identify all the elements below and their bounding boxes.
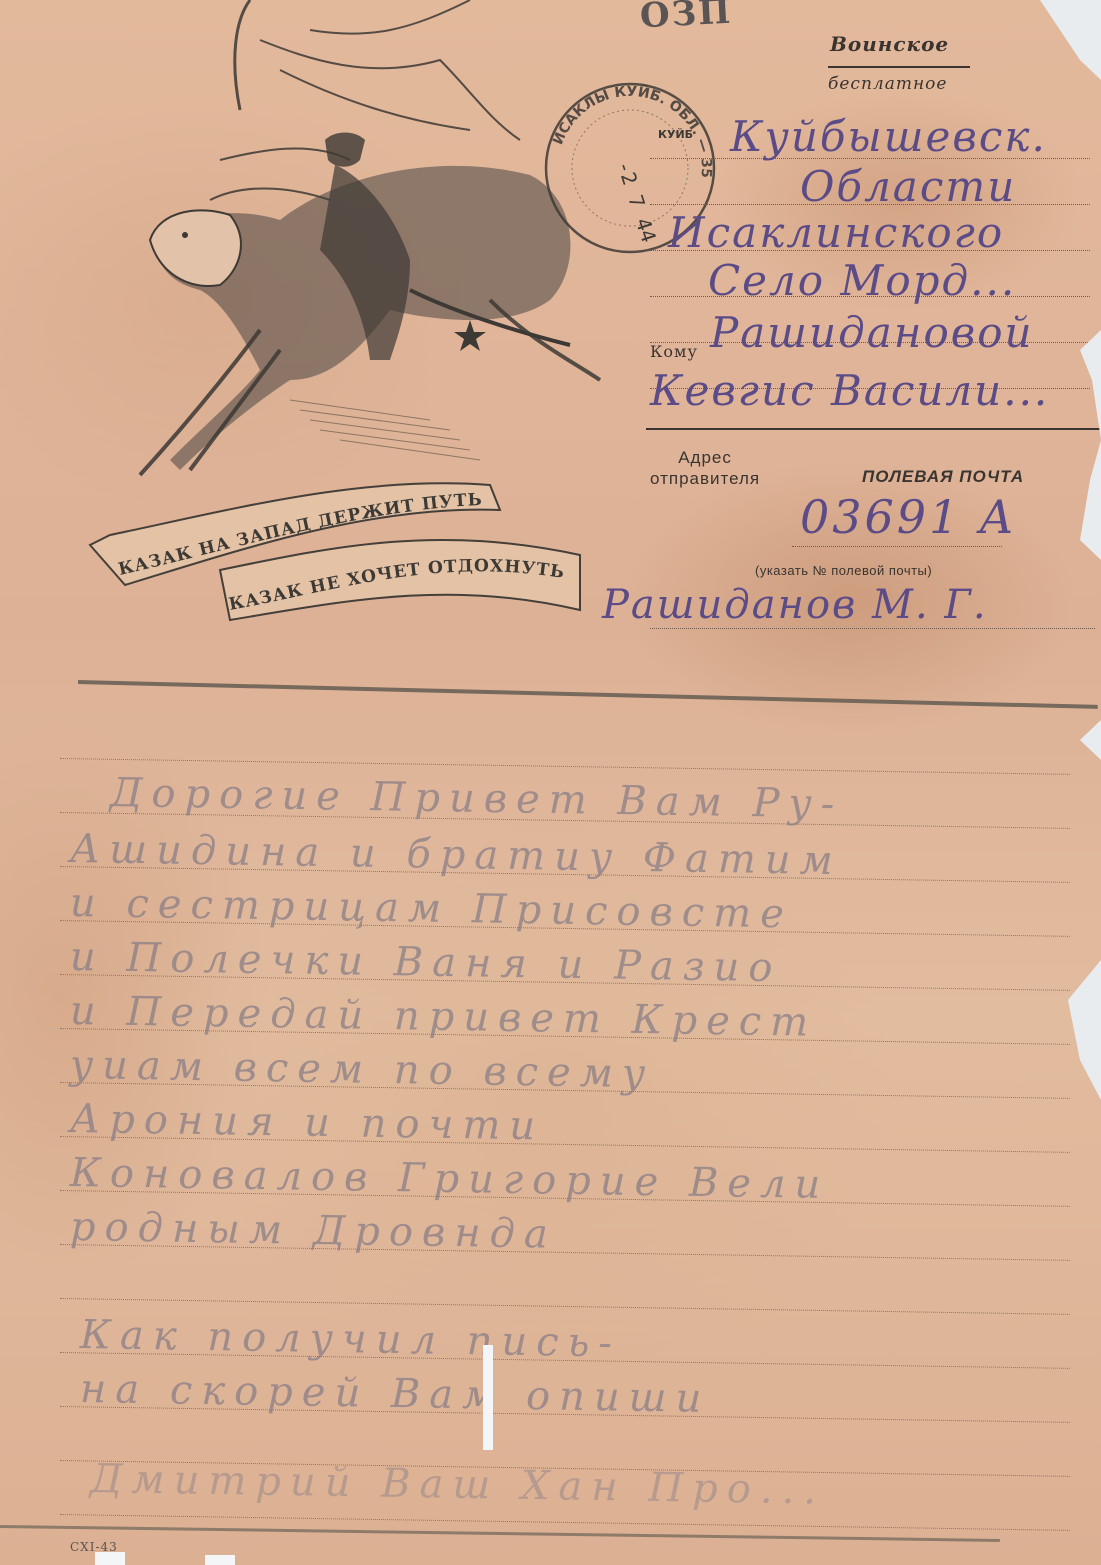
field-post-hint: (указать № полевой почты) [755, 563, 932, 578]
letter-line: родным Дровнда [70, 1204, 558, 1258]
slogan-banners: КАЗАК НА ЗАПАД ДЕРЖИТ ПУТЬ КАЗАК НЕ ХОЧЕ… [80, 480, 600, 630]
svg-text:КУЙБ: КУЙБ [658, 128, 693, 141]
letter-line: и Передай привет Крест [70, 988, 818, 1046]
letter-line: Арония и почти [70, 1096, 545, 1149]
recipient-line: Село Морд... [708, 256, 1016, 305]
field-post-label: ПОЛЕВАЯ ПОЧТА [862, 467, 1024, 487]
letter-line: Коновалов Григорие Вели [70, 1150, 830, 1208]
address-divider [646, 428, 1101, 430]
letter-line: Дмитрий Ваш Хан Про... [90, 1456, 826, 1514]
franking-label-free: бесплатное [828, 74, 947, 94]
letter-sheet: ОЗП Воинское бесплатное [0, 0, 1101, 1565]
recipient-line: Куйбышевск. [730, 112, 1047, 161]
sender-name-line [650, 628, 1095, 629]
paper-tear [205, 1555, 235, 1565]
paper-tear [95, 1552, 125, 1565]
bottom-fold-line [0, 1525, 1000, 1542]
recipient-line: Исаклинского [668, 208, 1004, 257]
letter-line: и Полечки Ваня и Разио [70, 934, 782, 991]
letter-line: Ашидина и братиу Фатим [70, 826, 842, 884]
field-post-number: 03691 А [800, 490, 1017, 544]
letter-line: уиам всем по всему [70, 1042, 655, 1097]
field-post-line [792, 546, 1002, 547]
recipient-label: Кому [650, 342, 698, 361]
svg-text:-2 7 44: -2 7 44 [612, 158, 661, 246]
franking-label-military: Воинское [830, 32, 949, 56]
paper-tear [483, 1345, 493, 1450]
cossack-rider-illustration [110, 0, 610, 520]
letter-line: на скорей Вам опиши [80, 1366, 711, 1422]
letter-line: Как получил пись- [80, 1312, 622, 1366]
letter-line: и сестрицам Присовсте [70, 880, 794, 937]
sender-address-label: Адрес отправителя [650, 447, 760, 489]
sender-name: Рашиданов М. Г. [602, 582, 988, 628]
letter-line: Дорогие Привет Вам Ру- [110, 770, 844, 828]
recipient-line: Кевгис Васили... [650, 366, 1049, 415]
recipient-line: Области [800, 162, 1016, 211]
top-print-mark: ОЗП [639, 0, 733, 36]
fold-divider [78, 680, 1098, 709]
recipient-line: Рашидановой [710, 308, 1034, 357]
franking-divider [828, 66, 970, 68]
